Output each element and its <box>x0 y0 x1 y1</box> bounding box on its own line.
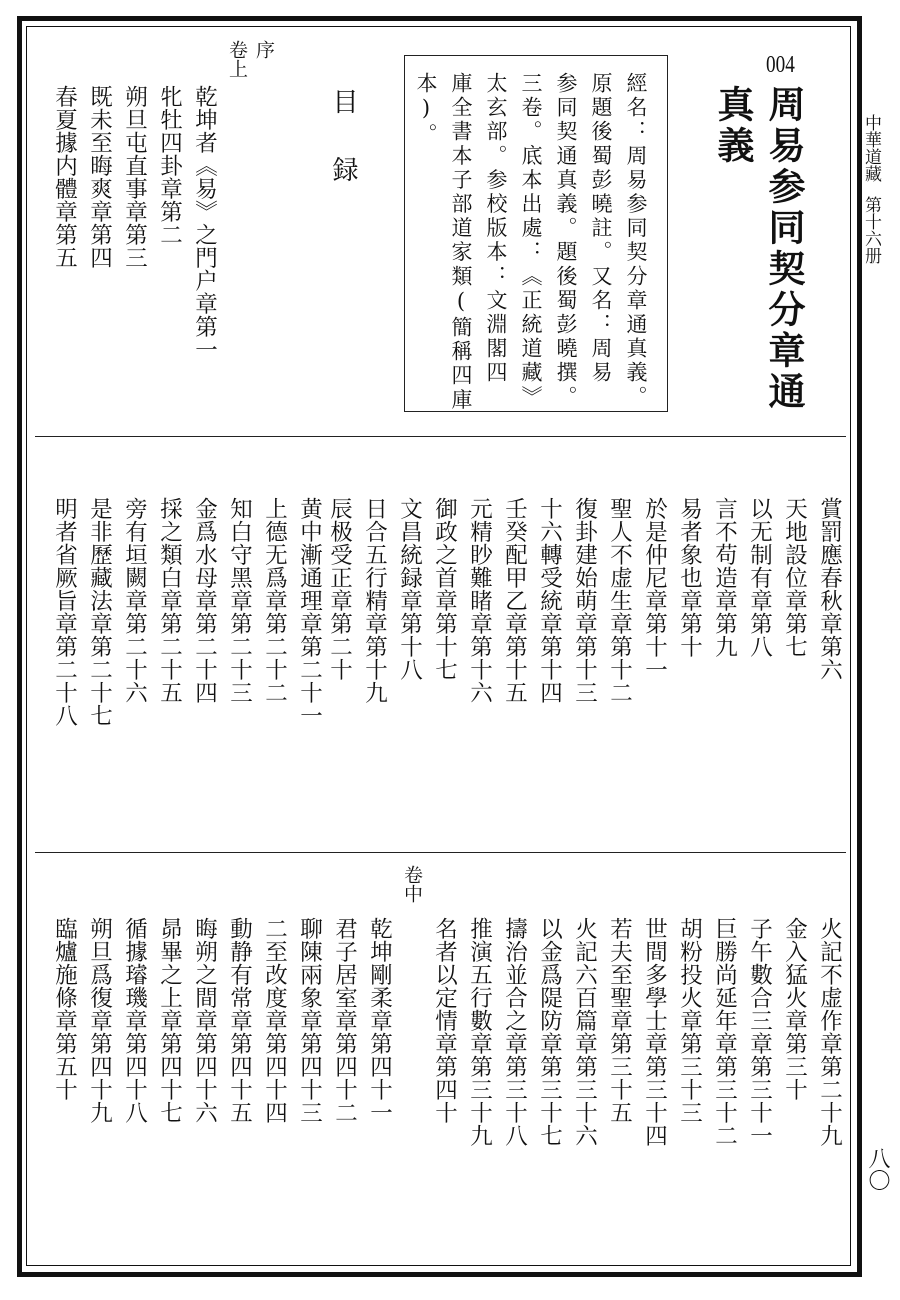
toc-entry[interactable]: 壬癸配甲乙章第十五 <box>503 497 526 704</box>
section-label-juan-zhong: 卷中 <box>402 865 421 903</box>
note-line: 参同契通真義。題後蜀彭曉撰。 <box>555 72 576 409</box>
toc-entry[interactable]: 二至改度章第四十四 <box>263 917 286 1124</box>
toc-entry[interactable]: 臨爐施條章第五十 <box>53 917 76 1101</box>
toc-entry[interactable]: 言不苟造章第九 <box>713 497 736 658</box>
entry-code: 004 <box>766 52 795 79</box>
toc-entry[interactable]: 乾坤剛柔章第四十一 <box>368 917 391 1124</box>
toc-entry[interactable]: 擣治並合之章第三十八 <box>503 917 526 1147</box>
toc-entry[interactable]: 文昌統録章第十八 <box>398 497 421 681</box>
toc-heading: 目録 <box>330 88 356 224</box>
toc-entry[interactable]: 易者象也章第十 <box>678 497 701 658</box>
note-line: 三卷。底本出處：《正統道藏》 <box>520 72 541 409</box>
toc-entry[interactable]: 世間多學士章第三十四 <box>643 917 666 1147</box>
page-number: 八〇 <box>866 1147 888 1191</box>
toc-entry[interactable]: 晦朔之間章第四十六 <box>193 917 216 1124</box>
title-line-1: 周易参同契分章通 <box>765 85 802 413</box>
toc-entry[interactable]: 朔旦屯直事章第三 <box>123 85 146 269</box>
toc-entry[interactable]: 金入猛火章第三十 <box>783 917 806 1101</box>
note-line: 原題後蜀彭曉註。又名：周易 <box>590 72 611 385</box>
section-label-juan-shang: 卷上 <box>227 40 246 78</box>
toc-entry[interactable]: 聖人不虚生章第十二 <box>608 497 631 704</box>
toc-entry[interactable]: 巨勝尚延年章第三十二 <box>713 917 736 1147</box>
toc-entry[interactable]: 聊陳兩象章第四十三 <box>298 917 321 1124</box>
toc-entry[interactable]: 春夏據内體章第五 <box>53 85 76 269</box>
toc-entry[interactable]: 朔旦爲復章第四十九 <box>88 917 111 1124</box>
toc-entry[interactable]: 既未至晦爽章第四 <box>88 85 111 269</box>
toc-entry[interactable]: 乾坤者《易》之門户章第一 <box>193 85 216 361</box>
divider-top <box>35 436 846 437</box>
toc-entry[interactable]: 元精眇難睹章第十六 <box>468 497 491 704</box>
toc-entry[interactable]: 天地設位章第七 <box>783 497 806 658</box>
series-name: 中華道藏 <box>861 114 881 182</box>
toc-entry[interactable]: 御政之首章第十七 <box>433 497 456 681</box>
toc-entry[interactable]: 賞罰應春秋章第六 <box>818 497 841 681</box>
margin-series-title: 中華道藏第十六册 <box>862 114 879 264</box>
note-line: 庫全書本子部道家類(簡稱四庫 <box>450 72 471 412</box>
toc-entry[interactable]: 於是仲尼章第十一 <box>643 497 666 681</box>
toc-entry[interactable]: 動静有常章第四十五 <box>228 917 251 1124</box>
toc-entry[interactable]: 金爲水母章第二十四 <box>193 497 216 704</box>
note-line: 經名：周易参同契分章通真義。 <box>625 72 646 409</box>
toc-entry[interactable]: 十六轉受統章第十四 <box>538 497 561 704</box>
toc-entry[interactable]: 黄中漸通理章第二十一 <box>298 497 321 727</box>
toc-entry[interactable]: 昴畢之上章第四十七 <box>158 917 181 1124</box>
toc-entry[interactable]: 以金爲隄防章第三十七 <box>538 917 561 1147</box>
toc-entry[interactable]: 上德无爲章第二十二 <box>263 497 286 704</box>
toc-entry[interactable]: 君子居室章第四十二 <box>333 917 356 1124</box>
toc-entry[interactable]: 火記六百篇章第三十六 <box>573 917 596 1147</box>
toc-entry[interactable]: 辰极受正章第二十 <box>328 497 351 681</box>
divider-bottom <box>35 852 846 853</box>
note-line: 太玄部。参校版本：文淵閣四 <box>485 72 506 385</box>
toc-entry[interactable]: 復卦建始萌章第十三 <box>573 497 596 704</box>
toc-entry[interactable]: 子午數合三章第三十一 <box>748 917 771 1147</box>
toc-entry[interactable]: 推演五行數章第三十九 <box>468 917 491 1147</box>
toc-entry[interactable]: 以无制有章第八 <box>748 497 771 658</box>
toc-entry[interactable]: 旁有垣闕章第二十六 <box>123 497 146 704</box>
toc-entry[interactable]: 胡粉投火章第三十三 <box>678 917 701 1124</box>
toc-entry[interactable]: 日合五行精章第十九 <box>363 497 386 704</box>
toc-entry[interactable]: 明者省厥旨章第二十八 <box>53 497 76 727</box>
toc-entry[interactable]: 若夫至聖章第三十五 <box>608 917 631 1124</box>
volume-number: 第十六册 <box>861 196 881 264</box>
toc-entry[interactable]: 牝牡四卦章第二 <box>158 85 181 246</box>
note-line: 本)。 <box>415 72 436 147</box>
toc-entry[interactable]: 知白守黑章第二十三 <box>228 497 251 704</box>
toc-entry[interactable]: 循據璿璣章第四十八 <box>123 917 146 1124</box>
toc-entry[interactable]: 是非歷藏法章第二十七 <box>88 497 111 727</box>
toc-entry[interactable]: 採之類白章第二十五 <box>158 497 181 704</box>
title-line-2: 真義 <box>714 85 751 167</box>
toc-preface: 序 <box>254 40 273 59</box>
toc-entry[interactable]: 火記不虚作章第二十九 <box>818 917 841 1147</box>
toc-entry[interactable]: 名者以定情章第四十 <box>433 917 456 1124</box>
